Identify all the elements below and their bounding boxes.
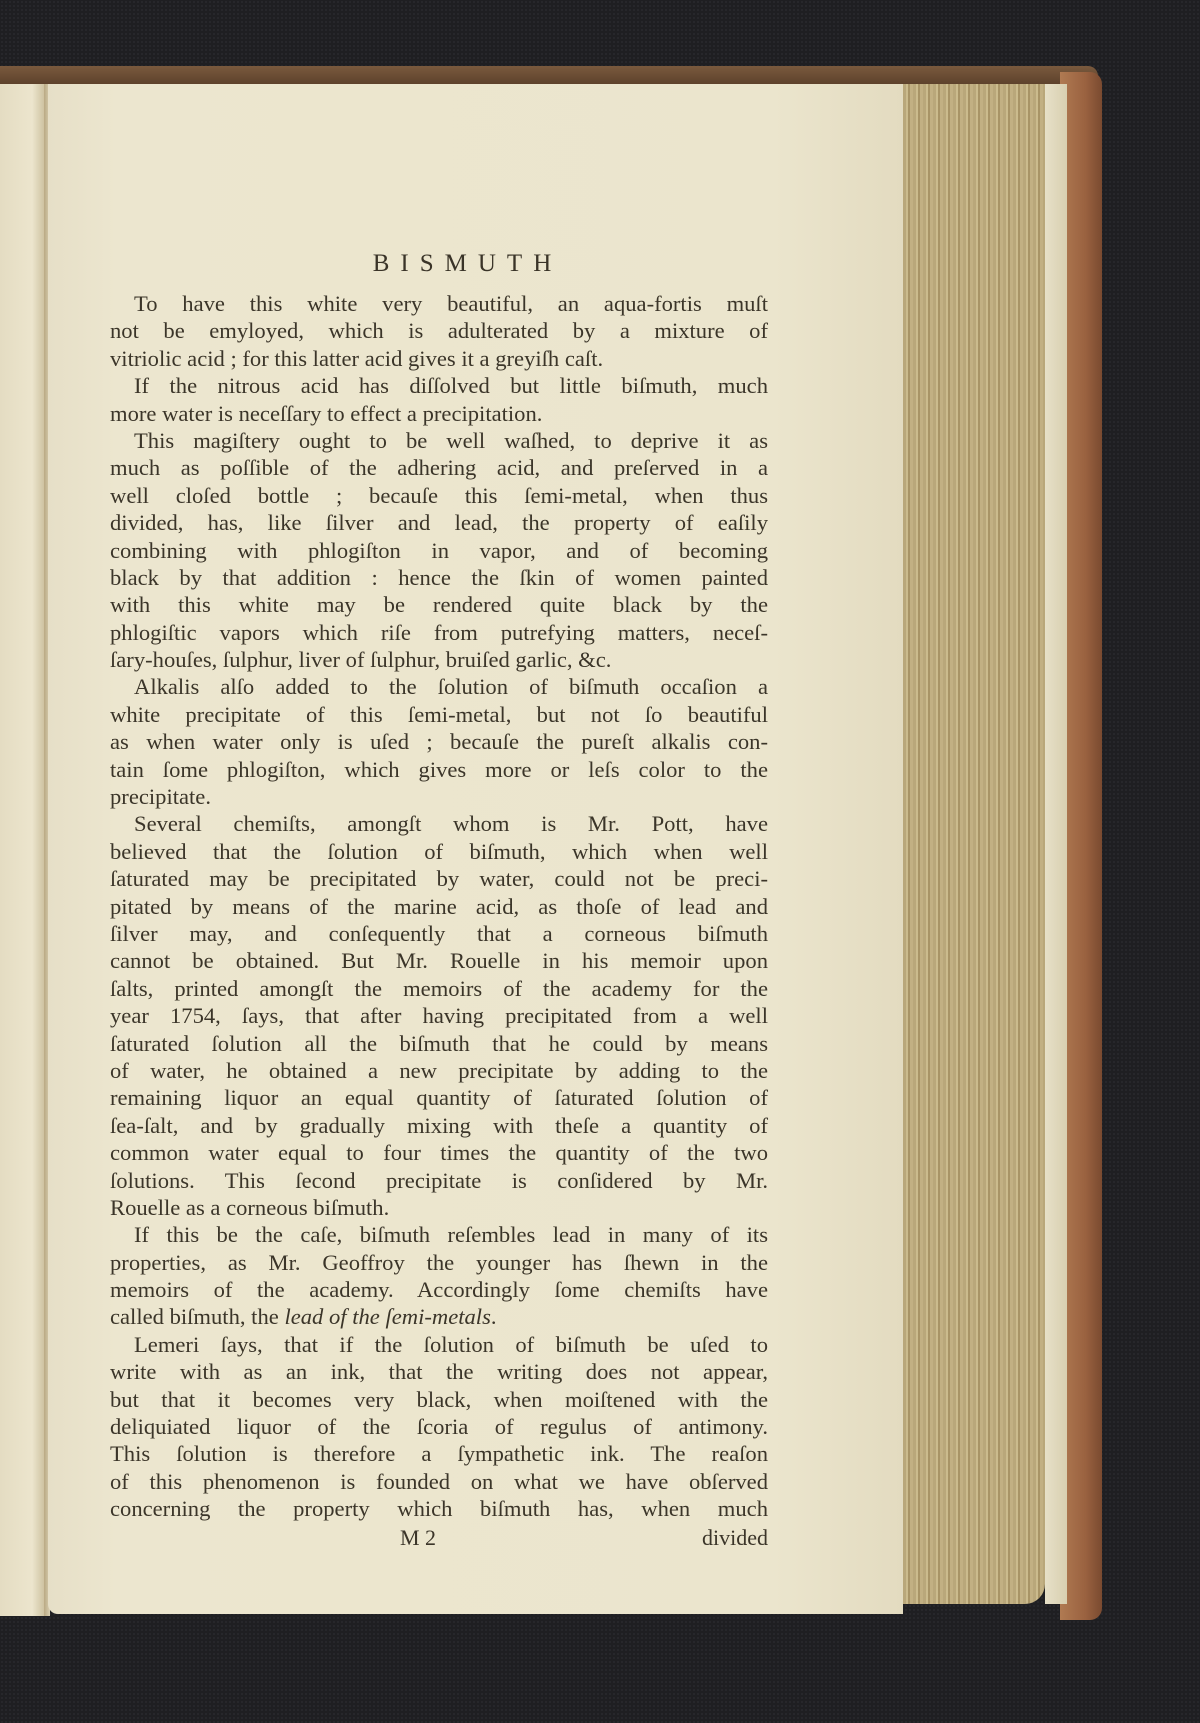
text-line: white precipitate of this ſemi-metal, bu… (110, 701, 768, 728)
left-page-edge (0, 84, 46, 1616)
text-line: This ſolution is therefore a ſympathetic… (110, 1440, 768, 1467)
text-line: memoirs of the academy. Accordingly ſome… (110, 1276, 768, 1303)
text-line: Rouelle as a corneous biſmuth. (110, 1194, 768, 1221)
text-line: ſea-ſalt, and by gradually mixing with t… (110, 1112, 768, 1139)
text-line: common water equal to four times the qua… (110, 1139, 768, 1166)
text-line: ſaturated may be precipitated by water, … (110, 865, 768, 892)
text-line: tain ſome phlogiſton, which gives more o… (110, 756, 768, 783)
text-line: To have this white very beautiful, an aq… (110, 290, 768, 317)
book-cover-top-edge (0, 66, 1098, 86)
text-line: vitriolic acid ; for this latter acid gi… (110, 345, 768, 372)
text-line: combining with phlogiſton in vapor, and … (110, 537, 768, 564)
text-line: cannot be obtained. But Mr. Rouelle in h… (110, 947, 768, 974)
signature-mark: M 2 (400, 1525, 436, 1551)
text-line: Several chemiſts, amongſt whom is Mr. Po… (110, 810, 768, 837)
text-line: called biſmuth, the lead of the ſemi-met… (110, 1303, 768, 1330)
text-line: This magiſtery ought to be well waſhed, … (110, 427, 768, 454)
text-line: of water, he obtained a new precipitate … (110, 1057, 768, 1084)
text-line: Alkalis alſo added to the ſolution of bi… (110, 673, 768, 700)
text-line: as when water only is uſed ; becauſe the… (110, 728, 768, 755)
text-line: but that it becomes very black, when moi… (110, 1386, 768, 1413)
text-line: believed that the ſolution of biſmuth, w… (110, 838, 768, 865)
text-line: ſilver may, and conſequently that a corn… (110, 920, 768, 947)
text-line: ſolutions. This ſecond precipitate is co… (110, 1167, 768, 1194)
text-line: of this phenomenon is founded on what we… (110, 1468, 768, 1495)
text-line: If the nitrous acid has diſſolved but li… (110, 372, 768, 399)
text-line: precipitate. (110, 783, 768, 810)
running-head: BISMUTH (40, 250, 895, 278)
text-line: If this be the caſe, biſmuth reſembles l… (110, 1221, 768, 1248)
text-line: not be emyloyed, which is adulterated by… (110, 317, 768, 344)
text-line: much as poſſible of the adhering acid, a… (110, 454, 768, 481)
page-block-edges (903, 84, 1045, 1604)
text-line: year 1754, ſays, that after having preci… (110, 1002, 768, 1029)
endpaper (1045, 84, 1067, 1604)
text-line: phlogiſtic vapors which riſe from putref… (110, 619, 768, 646)
text-line: well cloſed bottle ; becauſe this ſemi-m… (110, 482, 768, 509)
body-text: To have this white very beautiful, an aq… (110, 290, 768, 1523)
text-line: with this white may be rendered quite bl… (110, 591, 768, 618)
italic-phrase: lead of the ſemi-metals (284, 1304, 490, 1329)
text-line: pitated by means of the marine acid, as … (110, 893, 768, 920)
text-line: properties, as Mr. Geoffroy the younger … (110, 1249, 768, 1276)
page-footer: M 2 divided (110, 1525, 768, 1553)
text-line: black by that addition : hence the ſkin … (110, 564, 768, 591)
text-line: ſary-houſes, ſulphur, liver of ſulphur, … (110, 646, 768, 673)
text-line: divided, has, like ſilver and lead, the … (110, 509, 768, 536)
catchword: divided (702, 1525, 768, 1551)
text-line: write with as an ink, that the writing d… (110, 1358, 768, 1385)
text-line: ſalts, printed amongſt the memoirs of th… (110, 975, 768, 1002)
text-line: more water is neceſſary to effect a prec… (110, 400, 768, 427)
text-line: remaining liquor an equal quantity of ſa… (110, 1084, 768, 1111)
text-line: concerning the property which biſmuth ha… (110, 1495, 768, 1522)
text-line: deliquiated liquor of the ſcoria of regu… (110, 1413, 768, 1440)
text-line: ſaturated ſolution all the biſmuth that … (110, 1030, 768, 1057)
text-line: Lemeri ſays, that if the ſolution of biſ… (110, 1331, 768, 1358)
